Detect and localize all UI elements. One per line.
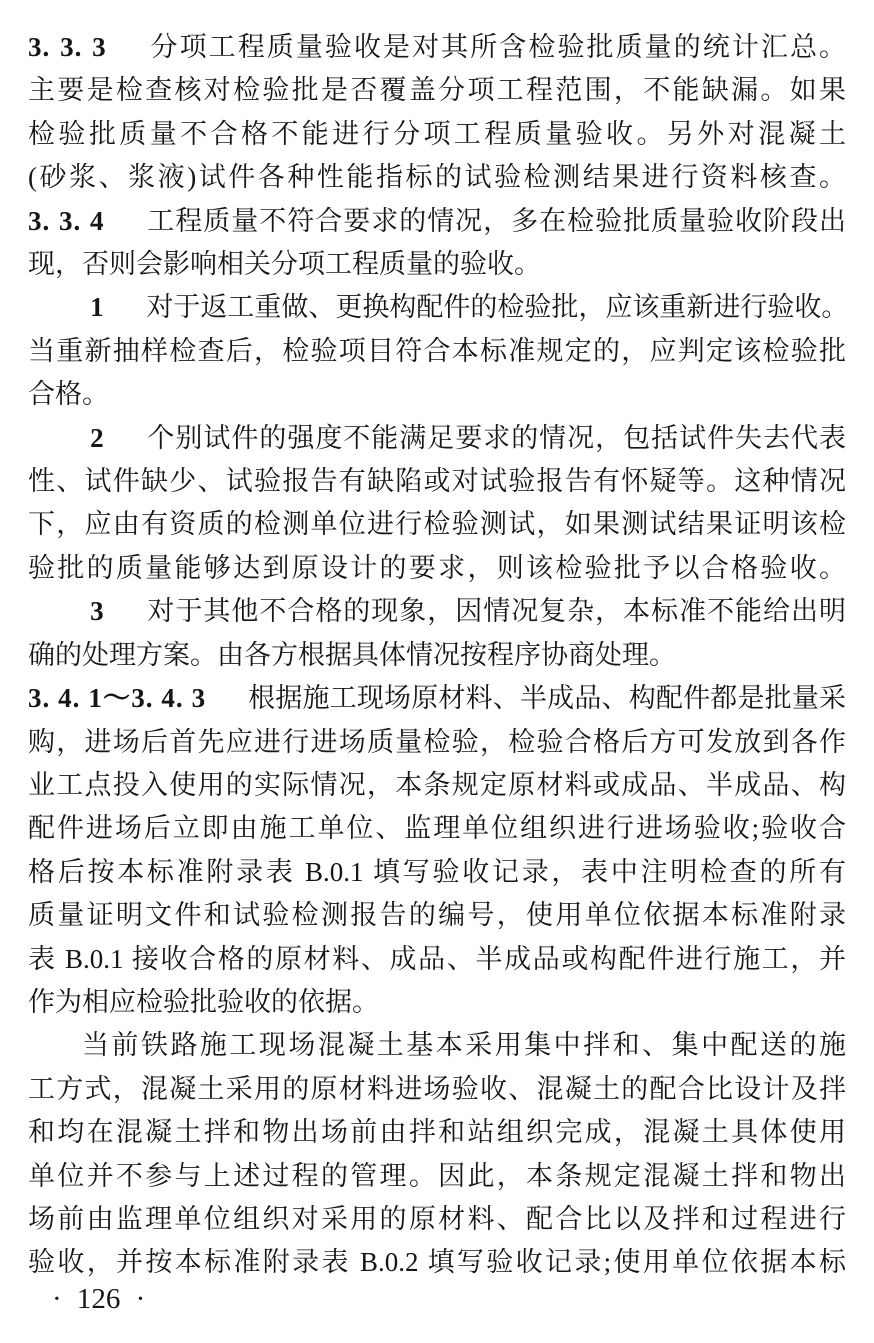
clause-number: 2 (90, 423, 105, 453)
text-line: 表 B.0.1 接收合格的原材料、成品、半成品或构配件进行施工，并 (28, 938, 846, 981)
clause-number: 3 (90, 596, 105, 626)
text-line: 和均在混凝土拌和物出场前由拌和站组织完成，混凝土具体使用 (28, 1111, 846, 1154)
text-line: 当重新抽样检查后，检验项目符合本标准规定的，应判定该检验批 (28, 330, 846, 373)
clause-number: 3. 3. 4 (28, 206, 104, 236)
text-line: 场前由监理单位组织对采用的原材料、配合比以及拌和过程进行 (28, 1198, 846, 1241)
clause-number: 3. 4. 1～3. 4. 3 (28, 683, 206, 713)
clause-line: 1对于返工重做、更换构配件的检验批，应该重新进行验收。 (28, 286, 846, 329)
text-line: 工方式，混凝土采用的原材料进场验收、混凝土的配合比设计及拌 (28, 1068, 846, 1111)
text-line: 质量证明文件和试验检测报告的编号，使用单位依据本标准附录 (28, 894, 846, 937)
text-line: 检验批质量不合格不能进行分项工程质量验收。另外对混凝土 (28, 113, 846, 156)
text-line: 当前铁路施工现场混凝土基本采用集中拌和、集中配送的施 (28, 1024, 846, 1067)
text-line: 确的处理方案。由各方根据具体情况按程序协商处理。 (28, 634, 846, 677)
clause-line: 3. 3. 3分项工程质量验收是对其所含检验批质量的统计汇总。 (28, 26, 846, 69)
clause-line: 2个别试件的强度不能满足要求的情况，包括试件失去代表 (28, 417, 846, 460)
text-line: 性、试件缺少、试验报告有缺陷或对试验报告有怀疑等。这种情况 (28, 460, 846, 503)
text-line: (砂浆、浆液)试件各种性能指标的试验检测结果进行资料核查。 (28, 156, 846, 199)
text-line: 下，应由有资质的检测单位进行检验测试，如果测试结果证明该检 (28, 503, 846, 546)
text-line: 现，否则会影响相关分项工程质量的验收。 (28, 243, 846, 286)
text-line: 作为相应检验批验收的依据。 (28, 981, 846, 1024)
text-line: 业工点投入使用的实际情况，本条规定原材料或成品、半成品、构 (28, 764, 846, 807)
text-line: 购，进场后首先应进行进场质量检验，检验合格后方可发放到各作 (28, 721, 846, 764)
document-page: 3. 3. 3分项工程质量验收是对其所含检验批质量的统计汇总。主要是检查核对检验… (0, 0, 874, 1343)
text-line: 格后按本标准附录表 B.0.1 填写验收记录，表中注明检查的所有 (28, 851, 846, 894)
text-line: 主要是检查核对检验批是否覆盖分项工程范围，不能缺漏。如果 (28, 69, 846, 112)
clause-number: 1 (90, 292, 105, 322)
text-line: 合格。 (28, 373, 846, 416)
clause-number: 3. 3. 3 (28, 32, 107, 62)
text-line: 单位并不参与上述过程的管理。因此，本条规定混凝土拌和物出 (28, 1155, 846, 1198)
clause-line: 3. 4. 1～3. 4. 3根据施工现场原材料、半成品、构配件都是批量采 (28, 677, 846, 720)
text-line: 验批的质量能够达到原设计的要求，则该检验批予以合格验收。 (28, 547, 846, 590)
text-line: 验收，并按本标准附录表 B.0.2 填写验收记录;使用单位依据本标 (28, 1241, 846, 1284)
text-line: 配件进场后立即由施工单位、监理单位组织进行进场验收;验收合 (28, 807, 846, 850)
page-number: · 126 · (52, 1283, 145, 1316)
clause-line: 3对于其他不合格的现象，因情况复杂，本标准不能给出明 (28, 590, 846, 633)
clause-line: 3. 3. 4工程质量不符合要求的情况，多在检验批质量验收阶段出 (28, 200, 846, 243)
text-block: 3. 3. 3分项工程质量验收是对其所含检验批质量的统计汇总。主要是检查核对检验… (28, 26, 846, 1285)
